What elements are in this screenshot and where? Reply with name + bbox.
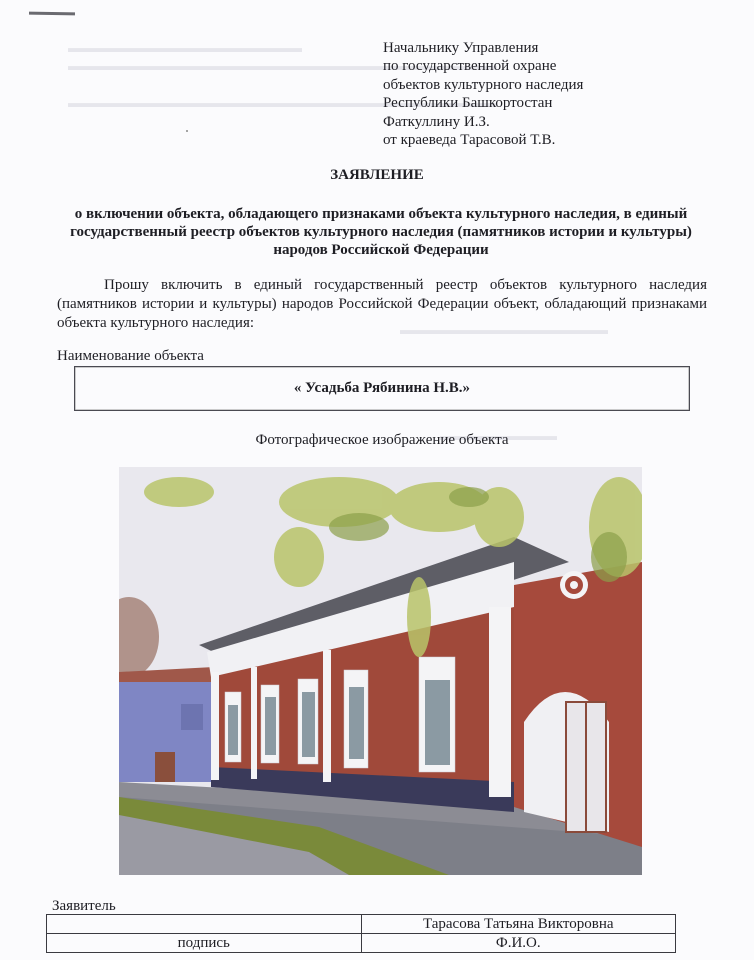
- addressee-line: от краеведа Тарасовой Т.В.: [383, 131, 583, 149]
- addressee-line: Республики Башкортостан: [383, 94, 583, 112]
- object-name-label: Наименование объекта: [57, 348, 204, 365]
- full-name-cell: Тарасова Татьяна Викторовна: [361, 915, 676, 934]
- addressee-line: объектов культурного наследия: [383, 76, 583, 94]
- signature-table: Тарасова Татьяна Викторовна подпись Ф.И.…: [46, 914, 676, 953]
- addressee-line: по государственной охране: [383, 57, 583, 75]
- photo-caption: Фотографическое изображение объекта: [0, 432, 754, 449]
- document-subtitle: о включении объекта, обладающего признак…: [45, 205, 717, 259]
- applicant-label: Заявитель: [52, 898, 116, 915]
- signature-cell: [47, 915, 362, 934]
- object-name-box: « Усадьба Рябинина Н.В.»: [74, 366, 690, 411]
- scanned-document-page: ▬▬▬▬▬▬▬▬▬▬▬▬▬▬▬▬▬▬ ▬▬▬▬▬▬▬▬▬▬▬▬▬▬▬▬▬▬▬▬▬…: [0, 0, 754, 960]
- object-name: « Усадьба Рябинина Н.В.»: [294, 380, 470, 397]
- addressee-block: Начальнику Управления по государственной…: [383, 39, 583, 149]
- request-paragraph: Прошу включить в единый государственный …: [57, 276, 707, 333]
- scan-speck: [186, 130, 188, 132]
- addressee-line: Фаткуллину И.З.: [383, 113, 583, 131]
- document-title: ЗАЯВЛЕНИЕ: [0, 167, 754, 184]
- show-through-text: ▬▬▬▬▬▬▬▬▬▬▬▬▬▬▬▬▬▬: [68, 40, 302, 56]
- full-name-caption: Ф.И.О.: [361, 934, 676, 953]
- addressee-line: Начальнику Управления: [383, 39, 583, 57]
- object-photo: [119, 467, 642, 875]
- signature-caption: подпись: [47, 934, 362, 953]
- table-row: Тарасова Татьяна Викторовна: [47, 915, 676, 934]
- table-row: подпись Ф.И.О.: [47, 934, 676, 953]
- scan-mark: [29, 12, 75, 16]
